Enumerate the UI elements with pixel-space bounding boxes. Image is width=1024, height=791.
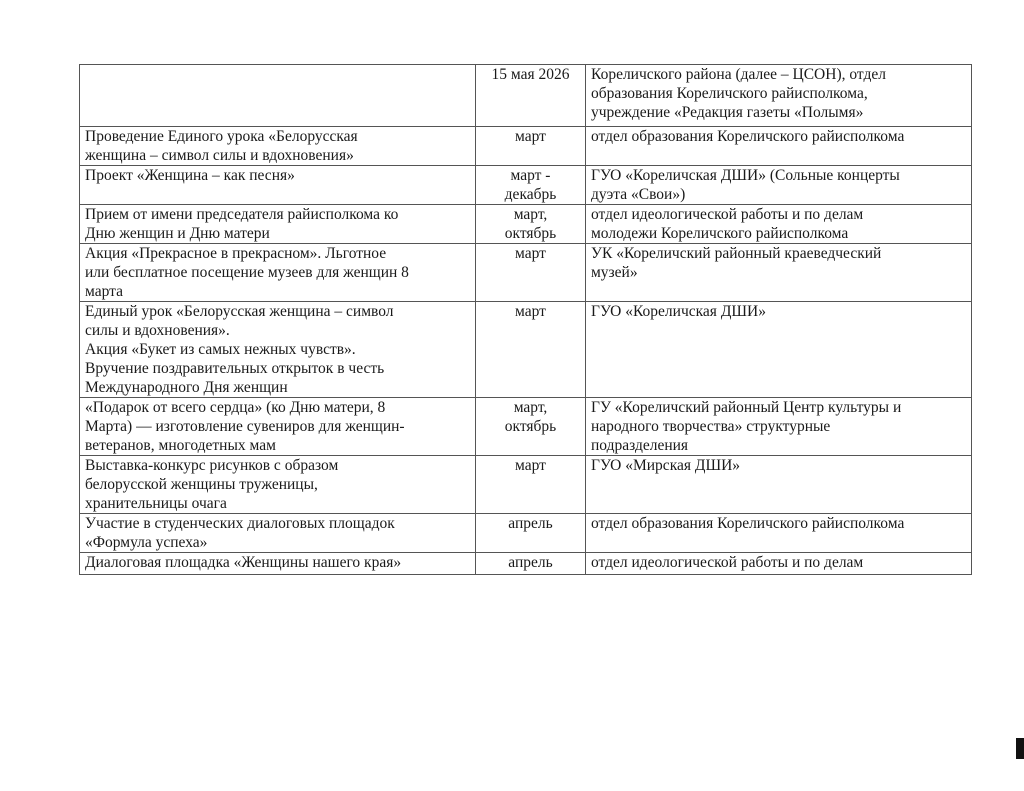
- responsible-cell-line: отдел образования Кореличского райисполк…: [591, 514, 967, 533]
- event-cell: Участие в студенческих диалоговых площад…: [80, 514, 476, 553]
- table-row: Участие в студенческих диалоговых площад…: [80, 514, 972, 553]
- responsible-cell: Кореличского района (далее – ЦСОН), отде…: [586, 65, 972, 127]
- event-cell-line: «Подарок от всего сердца» (ко Дню матери…: [85, 398, 471, 417]
- responsible-cell-line: ГУО «Кореличская ДШИ» (Сольные концерты: [591, 166, 967, 185]
- event-cell-line: Акция «Прекрасное в прекрасном». Льготно…: [85, 244, 471, 263]
- table-row: 15 мая 2026Кореличского района (далее – …: [80, 65, 972, 127]
- event-cell-line: «Формула успеха»: [85, 533, 471, 552]
- responsible-cell-line: отдел идеологической работы и по делам: [591, 553, 967, 572]
- responsible-cell: отдел образования Кореличского райисполк…: [586, 514, 972, 553]
- event-cell-line: марта: [85, 282, 471, 301]
- event-cell: [80, 65, 476, 127]
- event-cell-line: Проведение Единого урока «Белорусская: [85, 127, 471, 146]
- event-cell-line: Акция «Букет из самых нежных чувств».: [85, 340, 471, 359]
- event-cell: Акция «Прекрасное в прекрасном». Льготно…: [80, 244, 476, 302]
- date-cell-line: декабрь: [478, 185, 583, 204]
- event-cell-line: или бесплатное посещение музеев для женщ…: [85, 263, 471, 282]
- table-row: Проект «Женщина – как песня»март -декабр…: [80, 166, 972, 205]
- responsible-cell-line: УК «Кореличский районный краеведческий: [591, 244, 967, 263]
- event-cell: Единый урок «Белорусская женщина – симво…: [80, 302, 476, 398]
- date-cell-line: 15 мая 2026: [478, 65, 583, 84]
- event-cell-line: Участие в студенческих диалоговых площад…: [85, 514, 471, 533]
- date-cell: 15 мая 2026: [476, 65, 586, 127]
- responsible-cell-line: Кореличского района (далее – ЦСОН), отде…: [591, 65, 967, 84]
- responsible-cell: ГУО «Мирская ДШИ»: [586, 456, 972, 514]
- event-cell-line: Проект «Женщина – как песня»: [85, 166, 471, 185]
- responsible-cell: УК «Кореличский районный краеведческийму…: [586, 244, 972, 302]
- event-cell: Прием от имени председателя райисполкома…: [80, 205, 476, 244]
- event-cell: Выставка-конкурс рисунков с образомбелор…: [80, 456, 476, 514]
- date-cell-line: март,: [478, 398, 583, 417]
- event-cell-line: силы и вдохновения».: [85, 321, 471, 340]
- date-cell: апрель: [476, 553, 586, 575]
- responsible-cell-line: образования Кореличского райисполкома,: [591, 84, 967, 103]
- table-row: Единый урок «Белорусская женщина – симво…: [80, 302, 972, 398]
- date-cell: март,октябрь: [476, 205, 586, 244]
- event-cell-line: женщина – символ силы и вдохновения»: [85, 146, 471, 165]
- event-cell-line: Единый урок «Белорусская женщина – симво…: [85, 302, 471, 321]
- date-cell: март: [476, 244, 586, 302]
- responsible-cell-line: ГУ «Кореличский районный Центр культуры …: [591, 398, 967, 417]
- responsible-cell: отдел идеологической работы и по деламмо…: [586, 205, 972, 244]
- event-cell-line: Выставка-конкурс рисунков с образом: [85, 456, 471, 475]
- responsible-cell: отдел идеологической работы и по делам: [586, 553, 972, 575]
- table-row: Акция «Прекрасное в прекрасном». Льготно…: [80, 244, 972, 302]
- responsible-cell: ГУО «Кореличская ДШИ» (Сольные концертыд…: [586, 166, 972, 205]
- responsible-cell: ГУО «Кореличская ДШИ»: [586, 302, 972, 398]
- table-row: Диалоговая площадка «Женщины нашего края…: [80, 553, 972, 575]
- table-row: «Подарок от всего сердца» (ко Дню матери…: [80, 398, 972, 456]
- event-cell-line: Диалоговая площадка «Женщины нашего края…: [85, 553, 471, 572]
- date-cell-line: март: [478, 127, 583, 146]
- responsible-cell-line: подразделения: [591, 436, 967, 455]
- responsible-cell-line: отдел образования Кореличского райисполк…: [591, 127, 967, 146]
- event-cell: Диалоговая площадка «Женщины нашего края…: [80, 553, 476, 575]
- event-cell-line: Прием от имени председателя райисполкома…: [85, 205, 471, 224]
- events-table-body: 15 мая 2026Кореличского района (далее – …: [80, 65, 972, 575]
- table-row: Проведение Единого урока «Белорусскаяжен…: [80, 127, 972, 166]
- event-cell-line: Вручение поздравительных открыток в чест…: [85, 359, 471, 378]
- scan-edge-mark: [1016, 738, 1024, 759]
- event-cell-line: ветеранов, многодетных мам: [85, 436, 471, 455]
- event-cell-line: Дню женщин и Дню матери: [85, 224, 471, 243]
- responsible-cell-line: ГУО «Кореличская ДШИ»: [591, 302, 967, 321]
- responsible-cell-line: музей»: [591, 263, 967, 282]
- responsible-cell-line: учреждение «Редакция газеты «Полымя»: [591, 103, 967, 122]
- event-cell-line: Марта) — изготовление сувениров для женщ…: [85, 417, 471, 436]
- date-cell: март -декабрь: [476, 166, 586, 205]
- date-cell-line: март: [478, 244, 583, 263]
- event-cell: Проект «Женщина – как песня»: [80, 166, 476, 205]
- date-cell-line: март: [478, 456, 583, 475]
- date-cell: март: [476, 302, 586, 398]
- date-cell: март: [476, 456, 586, 514]
- event-cell: Проведение Единого урока «Белорусскаяжен…: [80, 127, 476, 166]
- table-row: Выставка-конкурс рисунков с образомбелор…: [80, 456, 972, 514]
- date-cell-line: март,: [478, 205, 583, 224]
- date-cell-line: апрель: [478, 514, 583, 533]
- date-cell-line: октябрь: [478, 224, 583, 243]
- table-row: Прием от имени председателя райисполкома…: [80, 205, 972, 244]
- event-cell-line: хранительницы очага: [85, 494, 471, 513]
- date-cell-line: апрель: [478, 553, 583, 572]
- event-cell-line: Международного Дня женщин: [85, 378, 471, 397]
- responsible-cell-line: ГУО «Мирская ДШИ»: [591, 456, 967, 475]
- date-cell: март,октябрь: [476, 398, 586, 456]
- events-table: 15 мая 2026Кореличского района (далее – …: [79, 64, 972, 575]
- responsible-cell: отдел образования Кореличского райисполк…: [586, 127, 972, 166]
- date-cell-line: март -: [478, 166, 583, 185]
- responsible-cell-line: молодежи Кореличского райисполкома: [591, 224, 967, 243]
- date-cell: апрель: [476, 514, 586, 553]
- event-cell: «Подарок от всего сердца» (ко Дню матери…: [80, 398, 476, 456]
- date-cell-line: март: [478, 302, 583, 321]
- responsible-cell-line: дуэта «Свои»): [591, 185, 967, 204]
- responsible-cell: ГУ «Кореличский районный Центр культуры …: [586, 398, 972, 456]
- responsible-cell-line: народного творчества» структурные: [591, 417, 967, 436]
- date-cell-line: октябрь: [478, 417, 583, 436]
- date-cell: март: [476, 127, 586, 166]
- event-cell-line: белорусской женщины труженицы,: [85, 475, 471, 494]
- responsible-cell-line: отдел идеологической работы и по делам: [591, 205, 967, 224]
